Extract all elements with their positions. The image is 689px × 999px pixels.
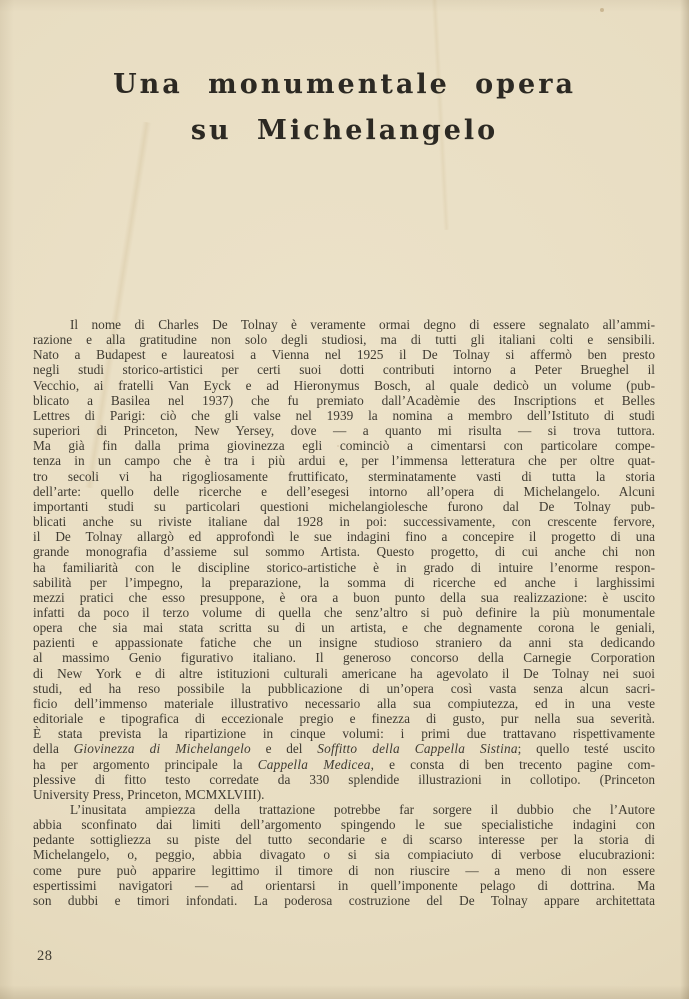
text-line: negli studi storico-artistici per certi … bbox=[33, 362, 655, 377]
text-line: Michelangelo, o, peggio, abbia divagato … bbox=[33, 847, 655, 862]
text-line: come pure può apparire legittimo il timo… bbox=[33, 863, 655, 878]
text-line: infatti da poco il terzo volume di quell… bbox=[33, 605, 655, 620]
text-line: ha per argomento principale la Cappella … bbox=[33, 757, 655, 772]
text-line: superiori di Princeton, New Yersey, dove… bbox=[33, 423, 655, 438]
text-line: blicati anche su riviste italiane dal 19… bbox=[33, 514, 655, 529]
text-line: son dubbi e timori infondati. La poderos… bbox=[33, 893, 655, 908]
text-line: studi, ed ha reso possibile la pubblicaz… bbox=[33, 681, 655, 696]
text-line: pazienti e appassionate fatiche che un i… bbox=[33, 635, 655, 650]
text-line: ha familiarità con le discipline storico… bbox=[33, 560, 655, 575]
text-line: editoriale e tipografica di eccezionale … bbox=[33, 711, 655, 726]
text-line: dell’arte: quello delle ricerche e dell’… bbox=[33, 484, 655, 499]
text-line: di New York e di altre istituzioni cultu… bbox=[33, 666, 655, 681]
text-line: L’inusitata ampiezza della trattazione p… bbox=[33, 802, 655, 817]
text-line: University Press, Princeton, MCMXLVIII). bbox=[33, 787, 655, 802]
text-line: tenza in un campo che è tra i più ardui … bbox=[33, 453, 655, 468]
text-line: mezzi pratici che esso presuppone, è ora… bbox=[33, 590, 655, 605]
text-line: sabilità per l’impegno, la preparazione,… bbox=[33, 575, 655, 590]
paper-speck bbox=[600, 8, 604, 12]
text-line: È stata prevista la ripartizione in cinq… bbox=[33, 726, 655, 741]
text-line: Vecchio, ai fratelli Van Eyck e ad Hiero… bbox=[33, 378, 655, 393]
article-body: Il nome di Charles De Tolnay è veramente… bbox=[33, 317, 655, 908]
text-line: opera che sia mai stata scritta su di un… bbox=[33, 620, 655, 635]
page-number: 28 bbox=[37, 948, 53, 965]
text-line: il De Tolnay allargò ed approfondì le su… bbox=[33, 529, 655, 544]
text-line: Nato a Budapest e laureatosi a Vienna ne… bbox=[33, 347, 655, 362]
text-line: tro secoli vi ha rigogliosamente fruttif… bbox=[33, 469, 655, 484]
text-line: al massimo Genio figurativo italiano. Il… bbox=[33, 650, 655, 665]
text-line: plessive di fitto testo corredate da 330… bbox=[33, 772, 655, 787]
article-title-line-1: Una monumentale opera bbox=[0, 62, 689, 108]
text-line: Lettres di Parigi: ciò che gli valse nel… bbox=[33, 408, 655, 423]
text-line: abbia sconfinato dai limiti dell’argomen… bbox=[33, 817, 655, 832]
text-line: espertissimi navigatori — ad orientarsi … bbox=[33, 878, 655, 893]
article-title-line-2: su Michelangelo bbox=[0, 108, 689, 154]
text-line: razione e alla gratitudine non solo degl… bbox=[33, 332, 655, 347]
text-line: della Giovinezza di Michelangelo e del S… bbox=[33, 741, 655, 756]
article-title: Una monumentale opera su Michelangelo bbox=[0, 62, 689, 154]
text-line: importanti studi su particolari question… bbox=[33, 499, 655, 514]
text-line: blicato a Basilea nel 1937) che fu premi… bbox=[33, 393, 655, 408]
text-line: pedante sottigliezza su piste del tutto … bbox=[33, 832, 655, 847]
book-page: Una monumentale opera su Michelangelo Il… bbox=[0, 0, 689, 999]
text-line: ficio dell’immenso materiale illustrativ… bbox=[33, 696, 655, 711]
text-line: Il nome di Charles De Tolnay è veramente… bbox=[33, 317, 655, 332]
text-line: grande monografia d’assieme sul sommo Ar… bbox=[33, 544, 655, 559]
text-line: Ma già fin dalla prima giovinezza egli c… bbox=[33, 438, 655, 453]
